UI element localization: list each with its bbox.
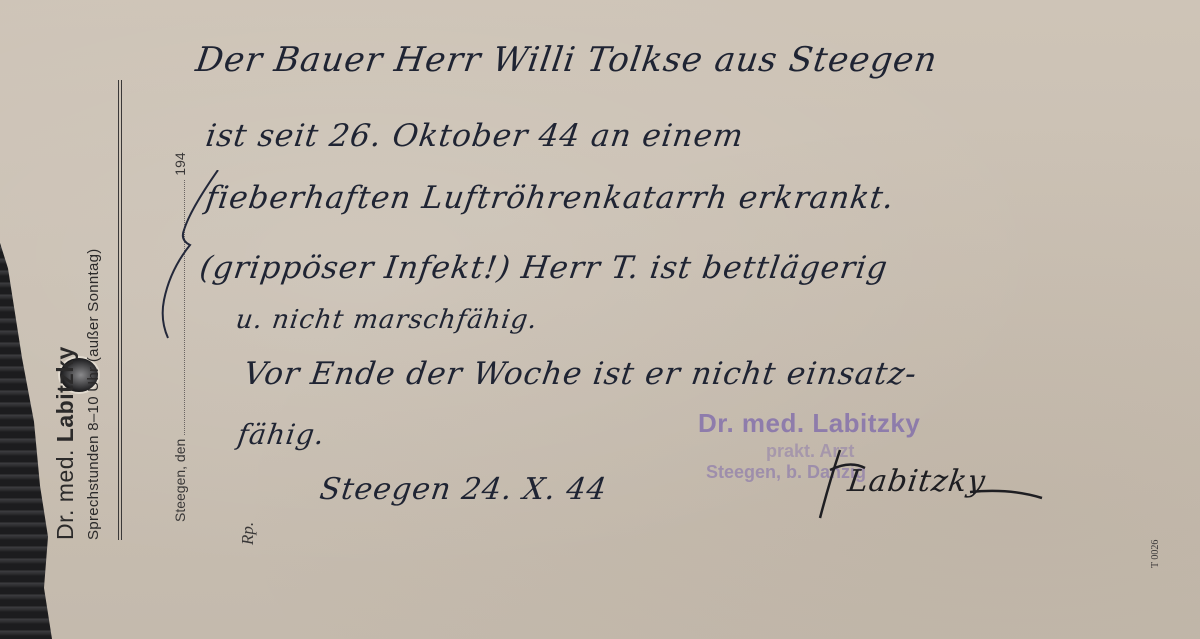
handwritten-line-3: fieberhaften Luftröhrenkatarrh erkrankt. xyxy=(203,180,896,216)
handwritten-line-7: fähig. xyxy=(236,418,328,451)
office-hours: Sprechstunden 8–10 Uhr (außer Sonntag) xyxy=(85,80,102,540)
place-and-date-handwritten: Steegen 24. X. 44 xyxy=(318,472,610,507)
rp-label: Rp. xyxy=(238,522,258,545)
handwritten-line-1: Der Bauer Herr Willi Tolkse aus Steegen xyxy=(193,40,940,80)
letterhead-rule xyxy=(118,80,119,540)
letterhead: Dr. med. Labitzky Sprechstunden 8–10 Uhr… xyxy=(52,80,102,540)
stamp-line-1: Dr. med. Labitzky xyxy=(698,408,920,439)
signature-stroke-icon xyxy=(810,440,1070,530)
handwritten-line-6: Vor Ende der Woche ist er nicht einsatz- xyxy=(241,356,919,392)
bracket-stroke-icon xyxy=(160,170,240,340)
place-label: Steegen, den xyxy=(172,439,188,522)
serial-number: T 0026 xyxy=(1150,540,1161,568)
letterhead-rule-2 xyxy=(121,80,122,540)
name-prefix: Dr. med. xyxy=(52,449,78,540)
handwritten-line-5: u. nicht marschfähig. xyxy=(234,305,540,335)
doctor-name: Dr. med. Labitzky xyxy=(52,80,79,540)
handwritten-line-2: ist seit 26. Oktober 44 an einem xyxy=(203,118,746,154)
name-surname: Labitzky xyxy=(52,346,78,442)
handwritten-line-4: (grippöser Infekt!) Herr T. ist bettläge… xyxy=(197,250,890,286)
